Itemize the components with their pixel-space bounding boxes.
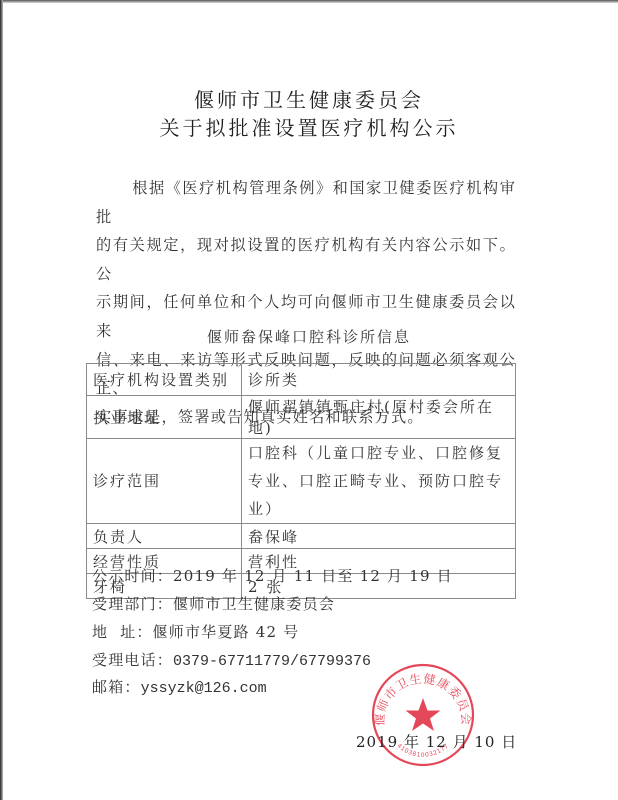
signature-date: 2019 年 12 月 10 日 [356, 731, 517, 752]
email: 邮箱：yssyzk@126.com [92, 676, 267, 697]
official-seal-icon: 偃师市卫生健康委员会 4103810032177 [370, 662, 476, 768]
phone: 受理电话：0379-67711779/67799376 [92, 649, 371, 670]
table-row: 医疗机构设置类别 诊所类 [87, 364, 516, 396]
clinic-info-table: 医疗机构设置类别 诊所类 执业地址 偃师翟镇镇甄庄村(原村委会所在地) 诊疗范围… [86, 363, 516, 599]
row-label: 诊疗范围 [87, 439, 242, 524]
table-row: 执业地址 偃师翟镇镇甄庄村(原村委会所在地) [87, 396, 516, 439]
address-label: 地 址： [92, 623, 153, 641]
email-label: 邮箱： [92, 678, 141, 696]
phone-label: 受理电话： [92, 651, 173, 669]
handling-department-label: 受理部门： [92, 595, 173, 613]
notice-period: 公示时间：2019 年 12 月 11 日至 12 月 19 日 [92, 565, 453, 586]
document-title-line1: 偃师市卫生健康委员会 [0, 84, 618, 113]
email-value: yssyzk@126.com [141, 680, 267, 697]
row-value: 畚保峰 [242, 524, 516, 549]
row-value: 偃师翟镇镇甄庄村(原村委会所在地) [242, 396, 516, 439]
document-title-line2: 关于拟批准设置医疗机构公示 [0, 112, 618, 141]
address: 地 址：偃师市华夏路 42 号 [92, 621, 299, 642]
row-value: 诊所类 [242, 364, 516, 396]
table-row: 诊疗范围 口腔科（儿童口腔专业、口腔修复专业、口腔正畸专业、预防口腔专业） [87, 439, 516, 524]
handling-department-value: 偃师市卫生健康委员会 [173, 595, 335, 613]
row-label: 执业地址 [87, 396, 242, 439]
intro-line: 的有关规定，现对拟设置的医疗机构有关内容公示如下。公 [96, 231, 516, 288]
notice-period-value: 2019 年 12 月 11 日至 12 月 19 日 [173, 567, 453, 585]
scan-edge-top [0, 0, 618, 3]
row-label: 医疗机构设置类别 [87, 364, 242, 396]
row-value: 口腔科（儿童口腔专业、口腔修复专业、口腔正畸专业、预防口腔专业） [242, 439, 516, 524]
intro-line: 根据《医疗机构管理条例》和国家卫健委医疗机构审批 [96, 174, 516, 231]
row-label: 负责人 [87, 524, 242, 549]
table-caption: 偃师畚保峰口腔科诊所信息 [0, 326, 618, 347]
handling-department: 受理部门：偃师市卫生健康委员会 [92, 593, 335, 614]
address-value: 偃师市华夏路 42 号 [153, 623, 300, 641]
phone-value: 0379-67711779/67799376 [173, 653, 371, 670]
notice-period-label: 公示时间： [92, 567, 173, 585]
table-row: 负责人 畚保峰 [87, 524, 516, 549]
